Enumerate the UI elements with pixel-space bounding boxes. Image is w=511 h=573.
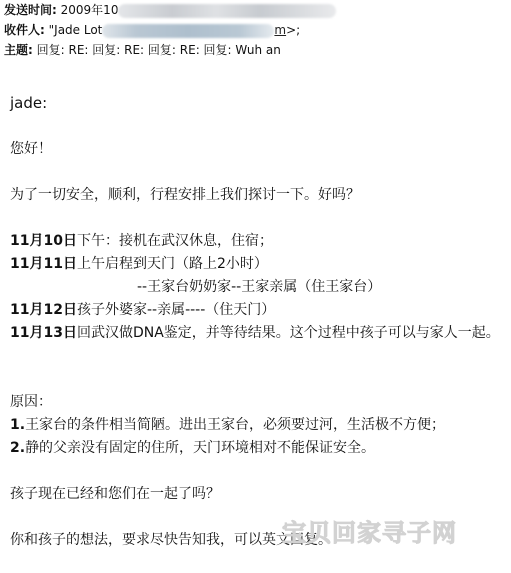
reason-item: 1.王家台的条件相当简陋。进出王家台，必须要过河，生活极不方便； (10, 414, 510, 437)
intro-paragraph: 为了一切安全，顺利，行程安排上我们探讨一下。好吗？ (10, 184, 510, 207)
question: 孩子现在已经和您们在一起了吗？ (10, 483, 510, 506)
greeting: jade: (10, 92, 510, 115)
itinerary-item: 11月11日上午启程到天门（路上2小时） (10, 253, 510, 276)
recipient-row: 收件人: "Jade Lotm>; (4, 20, 509, 40)
reason-text: 王家台的条件相当简陋。进出王家台，必须要过河，生活极不方便； (25, 417, 445, 433)
salutation: 您好！ (10, 138, 510, 161)
recipient-email-link[interactable]: m (274, 23, 286, 37)
itinerary-text: 下午：接机在武汉休息，住宿； (77, 233, 273, 249)
redacted-sent-time (118, 4, 336, 18)
itinerary-date: 11月11日 (10, 256, 77, 272)
redacted-recipient-email (102, 24, 274, 38)
itinerary-item: 11月10日下午：接机在武汉休息，住宿； (10, 230, 510, 253)
reason-item: 2.静的父亲没有固定的住所，天门环境相对不能保证安全。 (10, 437, 510, 460)
itinerary-item: --王家台奶奶家--王家亲属（住王家台） (10, 276, 510, 299)
subject-value: 回复: RE: 回复: RE: 回复: RE: 回复: Wuh an (37, 43, 281, 57)
closing: 你和孩子的想法，要求尽快告知我，可以英文回复。 (10, 529, 510, 552)
itinerary-item: 11月12日孩子外婆家--亲属----（住天门） (10, 299, 510, 322)
subject-label: 主题: (4, 43, 33, 57)
sent-time-row: 发送时间: 2009年10 (4, 0, 509, 20)
sent-time-label: 发送时间: (4, 3, 57, 17)
itinerary-text: 上午启程到天门（路上2小时） (77, 256, 268, 272)
reason-number: 1. (10, 417, 25, 433)
reason-number: 2. (10, 440, 25, 456)
recipient-suffix: >; (286, 23, 300, 37)
itinerary-text: --王家台奶奶家--王家亲属（住王家台） (137, 279, 381, 295)
itinerary-text: 回武汉做DNA鉴定，并等待结果。这个过程中孩子可以与家人一起。 (77, 325, 500, 341)
recipient-value: "Jade Lot (49, 23, 103, 37)
email-body: jade: 您好！ 为了一切安全，顺利，行程安排上我们探讨一下。好吗？ 11月1… (10, 92, 510, 552)
itinerary-date: 11月10日 (10, 233, 77, 249)
itinerary-item: 11月13日回武汉做DNA鉴定，并等待结果。这个过程中孩子可以与家人一起。 (10, 322, 510, 345)
itinerary-date: 11月13日 (10, 325, 77, 341)
subject-row: 主题: 回复: RE: 回复: RE: 回复: RE: 回复: Wuh an (4, 40, 509, 60)
reasons-title: 原因： (10, 391, 510, 414)
email-header: 发送时间: 2009年10 收件人: "Jade Lotm>; 主题: 回复: … (4, 0, 509, 60)
recipient-label: 收件人: (4, 23, 45, 37)
sent-time-value: 2009年10 (61, 3, 119, 17)
reason-text: 静的父亲没有固定的住所，天门环境相对不能保证安全。 (25, 440, 375, 456)
itinerary-text: 孩子外婆家--亲属----（住天门） (77, 302, 275, 318)
itinerary-date: 11月12日 (10, 302, 77, 318)
